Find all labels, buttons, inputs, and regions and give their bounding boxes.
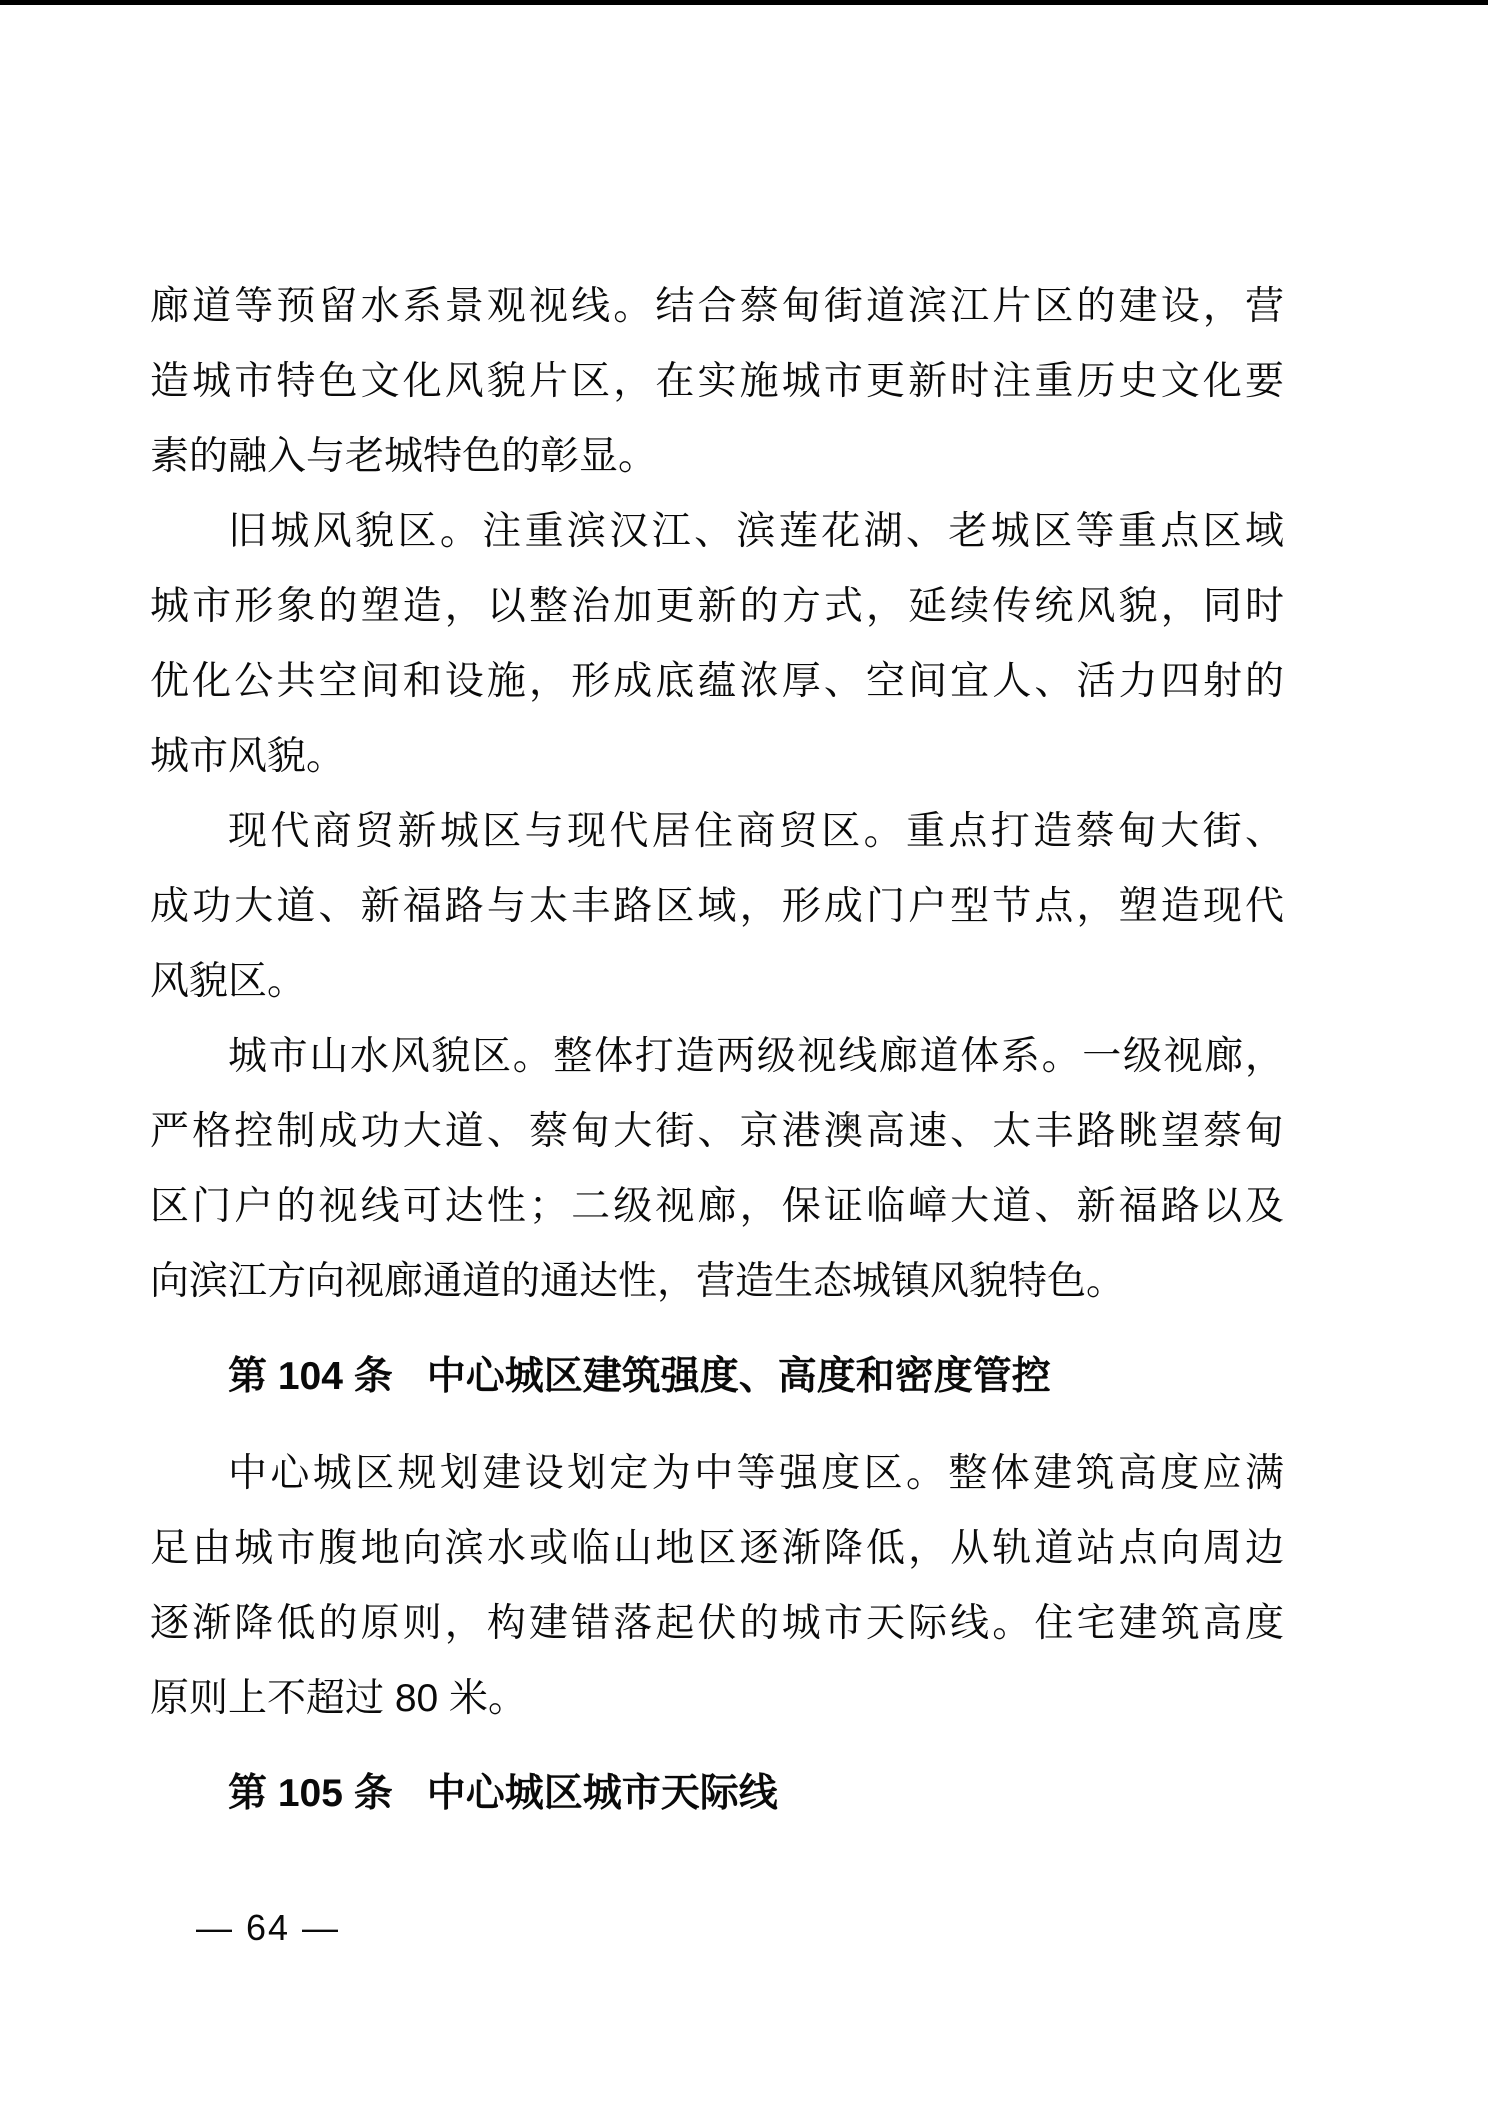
text-line: 造城市特色文化风貌片区，在实施城市更新时注重历史文化要 [150,344,1284,419]
text-line: 成功大道、新福路与太丰路区域，形成门户型节点，塑造现代 [150,869,1284,944]
page-top-border [0,0,1488,5]
text-line: 风貌区。 [150,944,1284,1019]
article-title: 中心城区城市天际线 [427,1772,778,1815]
text-line: 区门户的视线可达性；二级视廊，保证临嶂大道、新福路以及 [150,1169,1284,1244]
text-line: 城市形象的塑造，以整治加更新的方式，延续传统风貌，同时 [150,569,1284,644]
paragraph: 旧城风貌区。注重滨汉江、滨莲花湖、老城区等重点区域城市形象的塑造，以整治加更新的… [150,494,1284,794]
document-body: 廊道等预留水系景观视线。结合蔡甸街道滨江片区的建设，营造城市特色文化风貌片区，在… [150,269,1284,1853]
text-line: 旧城风貌区。注重滨汉江、滨莲花湖、老城区等重点区域 [150,494,1284,569]
article-number: 第 105 条 [228,1772,393,1815]
article-heading: 第 105 条中心城区城市天际线 [150,1756,1284,1831]
paragraph: 现代商贸新城区与现代居住商贸区。重点打造蔡甸大街、成功大道、新福路与太丰路区域，… [150,794,1284,1019]
text-line: 优化公共空间和设施，形成底蕴浓厚、空间宜人、活力四射的 [150,644,1284,719]
article-heading: 第 104 条中心城区建筑强度、高度和密度管控 [150,1339,1284,1414]
text-line: 城市风貌。 [150,719,1284,794]
text-line: 向滨江方向视廊通道的通达性，营造生态城镇风貌特色。 [150,1244,1284,1319]
text-line: 素的融入与老城特色的彰显。 [150,419,1284,494]
text-line: 城市山水风貌区。整体打造两级视线廊道体系。一级视廊， [150,1019,1284,1094]
text-line: 廊道等预留水系景观视线。结合蔡甸街道滨江片区的建设，营 [150,269,1284,344]
paragraph: 中心城区规划建设划定为中等强度区。整体建筑高度应满足由城市腹地向滨水或临山地区逐… [150,1436,1284,1736]
article-number: 第 104 条 [228,1355,393,1398]
text-line: 原则上不超过 80 米。 [150,1661,1284,1736]
article-title: 中心城区建筑强度、高度和密度管控 [427,1355,1051,1398]
paragraph: 廊道等预留水系景观视线。结合蔡甸街道滨江片区的建设，营造城市特色文化风貌片区，在… [150,269,1284,494]
page-number: — 64 — [196,1903,340,1953]
text-line: 足由城市腹地向滨水或临山地区逐渐降低，从轨道站点向周边 [150,1511,1284,1586]
document-page: 廊道等预留水系景观视线。结合蔡甸街道滨江片区的建设，营造城市特色文化风貌片区，在… [0,0,1488,2104]
paragraph: 城市山水风貌区。整体打造两级视线廊道体系。一级视廊，严格控制成功大道、蔡甸大街、… [150,1019,1284,1319]
text-line: 逐渐降低的原则，构建错落起伏的城市天际线。住宅建筑高度 [150,1586,1284,1661]
text-line: 现代商贸新城区与现代居住商贸区。重点打造蔡甸大街、 [150,794,1284,869]
text-line: 严格控制成功大道、蔡甸大街、京港澳高速、太丰路眺望蔡甸 [150,1094,1284,1169]
text-line: 中心城区规划建设划定为中等强度区。整体建筑高度应满 [150,1436,1284,1511]
